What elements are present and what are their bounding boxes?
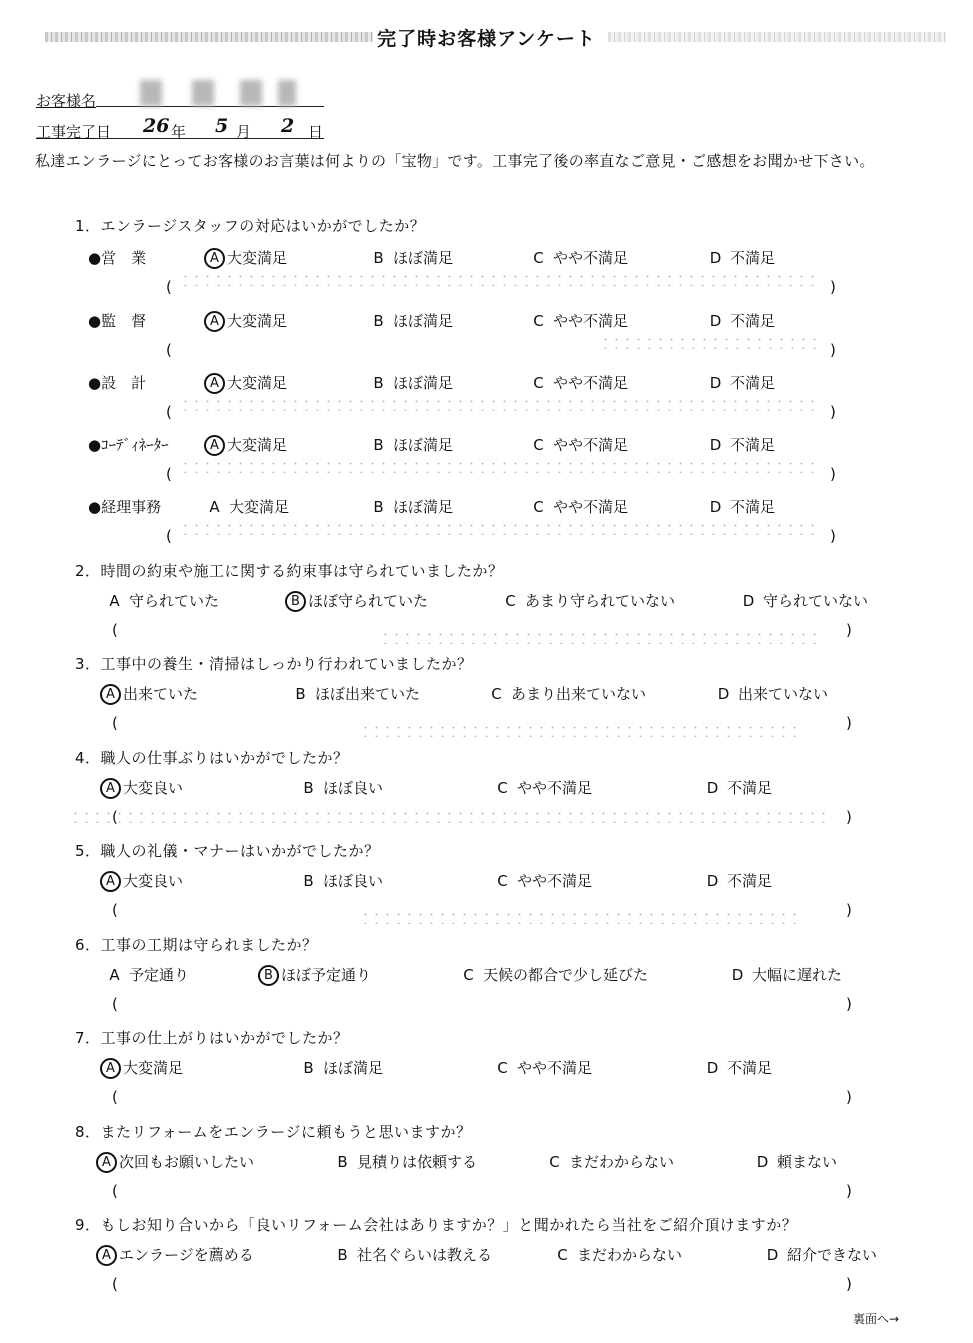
q4-option-a[interactable]: A大変良い <box>100 777 183 799</box>
option-letter: C <box>492 872 513 890</box>
selected-circle-icon: A <box>96 1245 117 1266</box>
q9-option-a[interactable]: Aエンラージを薦める <box>96 1244 254 1266</box>
redacted-handwritten-comment <box>180 272 820 286</box>
q8-option-d[interactable]: D頼まない <box>752 1151 837 1172</box>
q3-option-b[interactable]: Bほぼ出来ていた <box>290 683 420 704</box>
option-letter: D <box>762 1246 783 1264</box>
option-letter: C <box>528 312 549 330</box>
option-letter: C <box>500 592 521 610</box>
q1-option-b[interactable]: Bほぼ満足 <box>368 496 453 517</box>
q5-option-a[interactable]: A大変良い <box>100 870 183 892</box>
redacted-customer-name <box>240 80 262 106</box>
next-page-note: 裏面へ→ <box>853 1310 899 1327</box>
q7-option-d[interactable]: D不満足 <box>702 1057 772 1078</box>
question-1: 1．エンラージスタッフの対応はいかがでしたか？ <box>75 215 425 236</box>
comment-open-paren: ( <box>166 465 172 483</box>
q1-option-b[interactable]: Bほぼ満足 <box>368 372 453 393</box>
q1-option-d[interactable]: D不満足 <box>705 247 775 268</box>
completion-day: 2 <box>281 115 294 137</box>
option-letter: D <box>727 966 748 984</box>
comment-open-paren: ( <box>112 714 118 732</box>
option-letter: C <box>458 966 479 984</box>
option-letter: B <box>298 779 319 797</box>
option-letter: A <box>104 966 125 984</box>
comment-close-paren: ) <box>846 1275 852 1293</box>
q6-option-b[interactable]: Bほぼ予定通り <box>258 964 371 986</box>
selected-circle-icon: A <box>100 778 121 799</box>
redacted-customer-name <box>140 80 162 106</box>
option-letter: B <box>332 1246 353 1264</box>
q1-option-b[interactable]: Bほぼ満足 <box>368 434 453 455</box>
comment-close-paren: ) <box>830 465 836 483</box>
redacted-header-right <box>608 32 946 42</box>
q1-option-c[interactable]: Cやや不満足 <box>528 496 628 517</box>
option-letter: D <box>713 685 734 703</box>
option-letter: B <box>368 374 389 392</box>
bullet-icon: ● <box>88 249 101 267</box>
bullet-icon: ● <box>88 312 101 330</box>
q1-option-c[interactable]: Cやや不満足 <box>528 372 628 393</box>
q8-option-c[interactable]: Cまだわからない <box>544 1151 674 1172</box>
comment-close-paren: ) <box>846 714 852 732</box>
option-letter: D <box>705 374 726 392</box>
selected-circle-icon: A <box>204 248 225 269</box>
q3-option-c[interactable]: Cあまり出来ていない <box>486 683 646 704</box>
q1-option-a[interactable]: A大変満足 <box>204 496 289 517</box>
option-letter: D <box>705 436 726 454</box>
option-letter: D <box>702 1059 723 1077</box>
option-letter: C <box>544 1153 565 1171</box>
q1-option-b[interactable]: Bほぼ満足 <box>368 310 453 331</box>
selected-circle-icon: A <box>204 311 225 332</box>
option-letter: B <box>368 436 389 454</box>
question-7: 7．工事の仕上がりはいかがでしたか？ <box>75 1027 349 1048</box>
option-letter: C <box>486 685 507 703</box>
q2-option-d[interactable]: D守られていない <box>738 590 868 611</box>
option-letter: D <box>738 592 759 610</box>
q5-option-b[interactable]: Bほぼ良い <box>298 870 383 891</box>
q6-option-c[interactable]: C天候の都合で少し延びた <box>458 964 648 985</box>
selected-circle-icon: B <box>258 965 279 986</box>
option-letter: A <box>104 592 125 610</box>
comment-close-paren: ) <box>846 995 852 1013</box>
option-letter: B <box>298 872 319 890</box>
comment-close-paren: ) <box>846 621 852 639</box>
option-letter: D <box>705 312 726 330</box>
q4-option-c[interactable]: Cやや不満足 <box>492 777 592 798</box>
q1-row-label: ●経理事務 <box>88 496 161 517</box>
comment-close-paren: ) <box>846 1182 852 1200</box>
q1-option-a[interactable]: A大変満足 <box>204 372 287 394</box>
question-6: 6．工事の工期は守られましたか？ <box>75 934 318 955</box>
q2-option-b[interactable]: Bほぼ守られていた <box>285 590 428 612</box>
comment-open-paren: ( <box>112 901 118 919</box>
selected-circle-icon: A <box>100 1058 121 1079</box>
q1-row-label: ●設 計 <box>88 372 146 393</box>
redacted-handwritten-comment <box>70 809 830 823</box>
comment-open-paren: ( <box>112 1182 118 1200</box>
option-letter: B <box>298 1059 319 1077</box>
selected-circle-icon: B <box>285 591 306 612</box>
q1-option-d[interactable]: D不満足 <box>705 372 775 393</box>
q9-option-c[interactable]: Cまだわからない <box>552 1244 682 1265</box>
redacted-handwritten-comment <box>180 459 820 473</box>
option-letter: D <box>705 498 726 516</box>
q7-option-a[interactable]: A大変満足 <box>100 1057 183 1079</box>
comment-open-paren: ( <box>112 1275 118 1293</box>
q4-option-b[interactable]: Bほぼ良い <box>298 777 383 798</box>
option-letter: C <box>492 779 513 797</box>
q1-option-d[interactable]: D不満足 <box>705 310 775 331</box>
option-letter: B <box>368 498 389 516</box>
comment-close-paren: ) <box>830 278 836 296</box>
day-unit: 日 <box>308 121 323 142</box>
selected-circle-icon: A <box>96 1152 117 1173</box>
q1-option-c[interactable]: Cやや不満足 <box>528 247 628 268</box>
selected-circle-icon: A <box>100 684 121 705</box>
redacted-handwritten-comment <box>180 397 820 411</box>
redacted-handwritten-comment <box>380 630 820 644</box>
q1-option-d[interactable]: D不満足 <box>705 496 775 517</box>
comment-open-paren: ( <box>166 278 172 296</box>
comment-close-paren: ) <box>846 808 852 826</box>
q6-option-a[interactable]: A予定通り <box>104 964 189 985</box>
completion-year: 26 <box>143 115 169 137</box>
question-4: 4．職人の仕事ぶりはいかがでしたか？ <box>75 747 349 768</box>
question-5: 5．職人の礼儀・マナーはいかがでしたか？ <box>75 840 380 861</box>
option-letter: A <box>204 498 225 516</box>
redacted-handwritten-comment <box>180 521 820 535</box>
comment-close-paren: ) <box>846 1088 852 1106</box>
q9-option-b[interactable]: B社名ぐらいは教える <box>332 1244 492 1265</box>
q1-row-label: ●営 業 <box>88 247 146 268</box>
q1-option-a[interactable]: A大変満足 <box>204 310 287 332</box>
redacted-handwritten-comment <box>600 335 820 349</box>
comment-close-paren: ) <box>846 901 852 919</box>
option-letter: B <box>368 249 389 267</box>
bullet-icon: ● <box>88 498 101 516</box>
option-letter: C <box>528 374 549 392</box>
q2-option-a[interactable]: A守られていた <box>104 590 219 611</box>
q1-option-c[interactable]: Cやや不満足 <box>528 434 628 455</box>
bullet-icon: ● <box>88 374 101 392</box>
q3-option-d[interactable]: D出来ていない <box>713 683 828 704</box>
option-letter: C <box>528 436 549 454</box>
option-letter: B <box>368 312 389 330</box>
option-letter: C <box>552 1246 573 1264</box>
comment-open-paren: ( <box>166 403 172 421</box>
month-unit: 月 <box>236 121 251 142</box>
q4-option-d[interactable]: D不満足 <box>702 777 772 798</box>
q8-option-b[interactable]: B見積りは依頼する <box>332 1151 477 1172</box>
comment-open-paren: ( <box>166 341 172 359</box>
comment-close-paren: ) <box>830 527 836 545</box>
q7-option-c[interactable]: Cやや不満足 <box>492 1057 592 1078</box>
option-letter: D <box>752 1153 773 1171</box>
q8-option-a[interactable]: A次回もお願いしたい <box>96 1151 254 1173</box>
customer-name-label: お客様名 <box>36 90 96 111</box>
selected-circle-icon: A <box>204 373 225 394</box>
option-letter: D <box>702 872 723 890</box>
selected-circle-icon: A <box>100 871 121 892</box>
option-letter: C <box>492 1059 513 1077</box>
redacted-handwritten-comment <box>360 723 800 737</box>
q6-option-d[interactable]: D大幅に遅れた <box>727 964 842 985</box>
option-letter: C <box>528 249 549 267</box>
q7-option-b[interactable]: Bほぼ満足 <box>298 1057 383 1078</box>
q5-option-d[interactable]: D不満足 <box>702 870 772 891</box>
q1-option-c[interactable]: Cやや不満足 <box>528 310 628 331</box>
comment-close-paren: ) <box>830 403 836 421</box>
redacted-customer-name <box>192 80 214 106</box>
intro-text: 私達エンラージにとってお客様のお言葉は何よりの「宝物」です。工事完了後の率直なご… <box>35 150 875 171</box>
option-letter: B <box>332 1153 353 1171</box>
comment-open-paren: ( <box>112 1088 118 1106</box>
q2-option-c[interactable]: Cあまり守られていない <box>500 590 675 611</box>
q1-row-label: ●監 督 <box>88 310 146 331</box>
question-2: 2．時間の約束や施工に関する約束事は守られていましたか？ <box>75 560 504 581</box>
option-letter: D <box>705 249 726 267</box>
option-letter: D <box>702 779 723 797</box>
q5-option-c[interactable]: Cやや不満足 <box>492 870 592 891</box>
q9-option-d[interactable]: D紹介できない <box>762 1244 877 1265</box>
question-9: 9．もしお知り合いから「良いリフォーム会社はありますか？」と聞かれたら当社をご紹… <box>75 1214 797 1235</box>
q1-option-d[interactable]: D不満足 <box>705 434 775 455</box>
redacted-handwritten-comment <box>360 910 800 924</box>
q1-option-a[interactable]: A大変満足 <box>204 247 287 269</box>
q1-row-label: ●ｺｰﾃﾞｨﾈｰﾀｰ <box>88 434 169 455</box>
option-letter: B <box>290 685 311 703</box>
q1-option-b[interactable]: Bほぼ満足 <box>368 247 453 268</box>
question-8: 8．またリフォームをエンラージに頼もうと思いますか？ <box>75 1121 472 1142</box>
option-letter: C <box>528 498 549 516</box>
comment-close-paren: ) <box>830 341 836 359</box>
comment-open-paren: ( <box>112 621 118 639</box>
q1-option-a[interactable]: A大変満足 <box>204 434 287 456</box>
completion-month: 5 <box>215 115 228 137</box>
q3-option-a[interactable]: A出来ていた <box>100 683 198 705</box>
comment-open-paren: ( <box>166 527 172 545</box>
question-3: 3．工事中の養生・清掃はしっかり行われていましたか？ <box>75 653 473 674</box>
year-unit: 年 <box>171 121 186 142</box>
bullet-icon: ● <box>88 436 101 454</box>
comment-open-paren: ( <box>112 995 118 1013</box>
selected-circle-icon: A <box>204 435 225 456</box>
redacted-customer-name <box>278 80 296 106</box>
